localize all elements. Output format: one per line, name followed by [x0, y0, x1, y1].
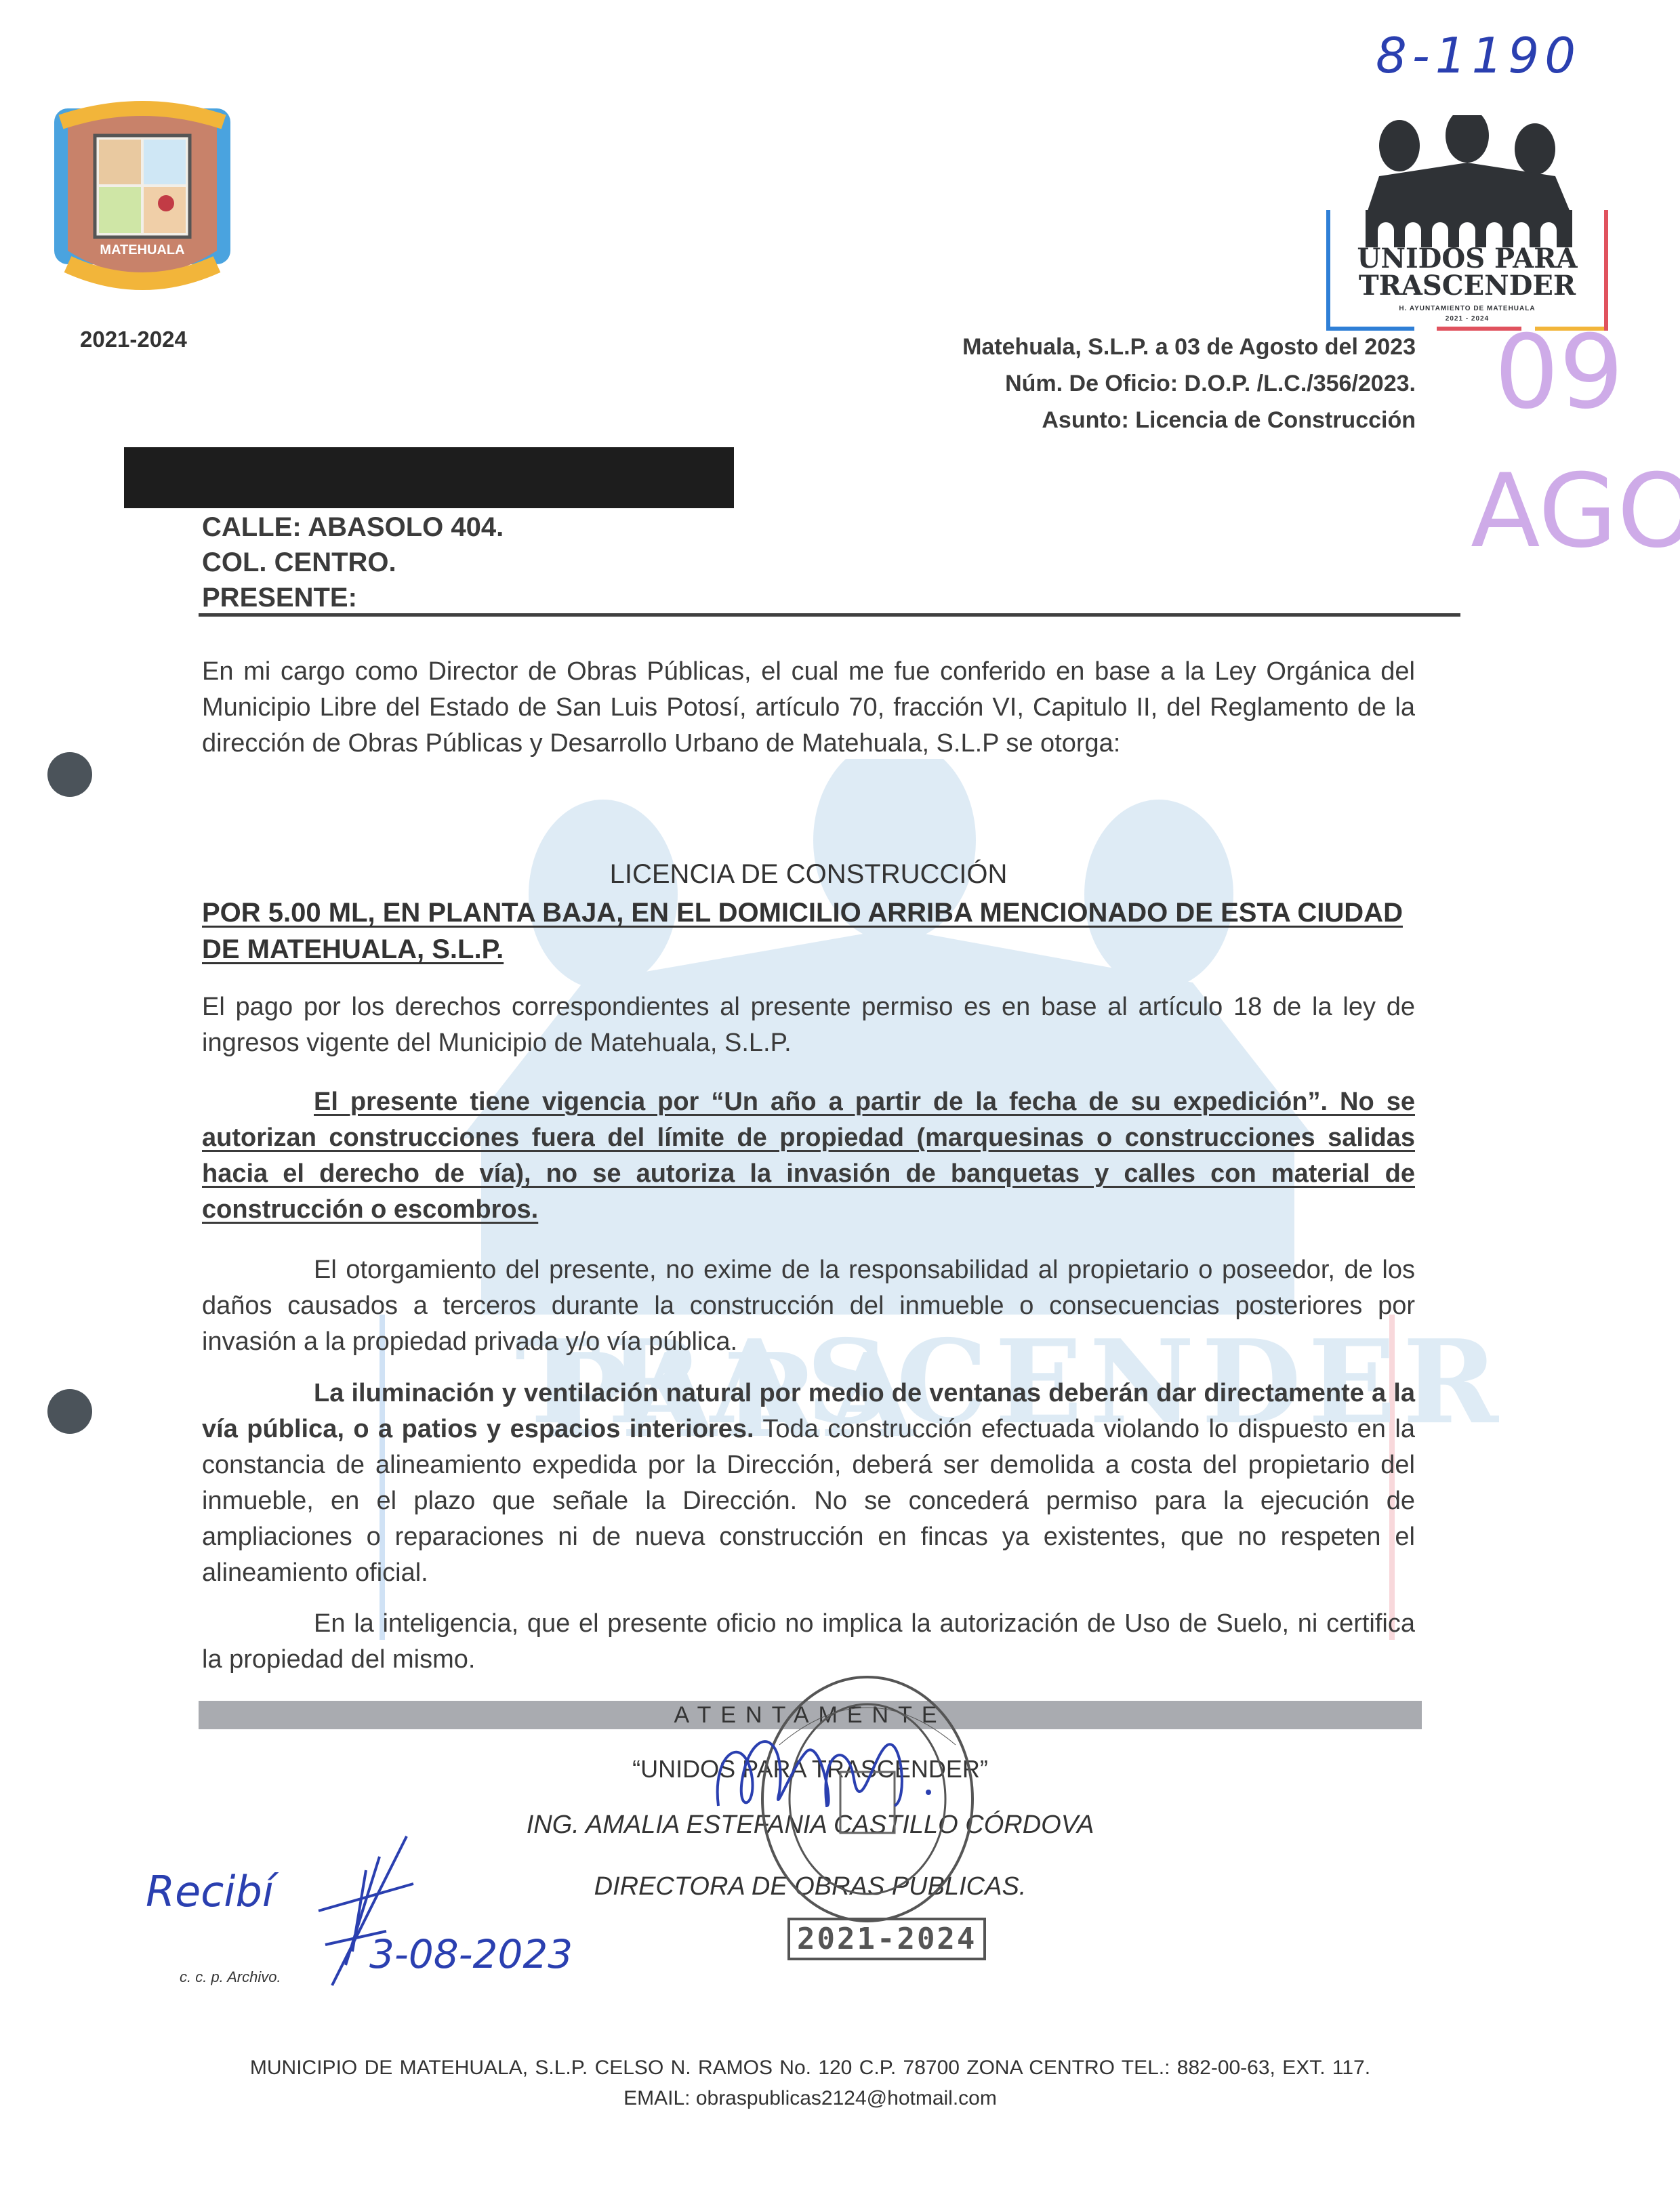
received-note: Recibí: [146, 1867, 274, 1916]
received-date: 3-08-2023: [369, 1931, 573, 1977]
intro-paragraph: En mi cargo como Director de Obras Públi…: [202, 654, 1415, 762]
municipal-crest: MATEHUALA: [47, 95, 237, 305]
footer-email: EMAIL: obraspublicas2124@hotmail.com: [199, 2087, 1422, 2110]
crest-name-text: MATEHUALA: [100, 243, 184, 257]
folio-number: 8-1190: [1376, 27, 1581, 84]
footer-address: MUNICIPIO DE MATEHUALA, S.L.P. CELSO N. …: [199, 2057, 1422, 2080]
logo-line-2: TRASCENDER: [1338, 272, 1596, 300]
subject-line: Asunto: Licencia de Construcción: [962, 402, 1416, 438]
recipient-street: CALLE: ABASOLO 404.: [202, 510, 504, 545]
ccp-archive: c. c. p. Archivo.: [180, 1968, 281, 1986]
signature-icon: [705, 1725, 935, 1826]
portraits-building-icon: [1338, 115, 1596, 251]
validity-paragraph: El presente tiene vigencia por “Un año a…: [202, 1084, 1415, 1228]
license-description: POR 5.00 ML, EN PLANTA BAJA, EN EL DOMIC…: [202, 894, 1415, 968]
hole-punch: [47, 1389, 92, 1434]
logo-line-1: UNIDOS PARA: [1338, 245, 1596, 272]
logo-border-red: [1604, 210, 1608, 331]
license-title: LICENCIA DE CONSTRUCCIÓN: [202, 859, 1415, 890]
crest-years: 2021-2024: [80, 327, 187, 352]
redacted-recipient-name: [124, 447, 734, 508]
oficio-number: Núm. De Oficio: D.O.P. /L.C./356/2023.: [962, 365, 1416, 402]
hole-punch: [47, 752, 92, 797]
recipient-block: CALLE: ABASOLO 404. COL. CENTRO. PRESENT…: [202, 510, 504, 615]
received-stamp-day: 09: [1494, 322, 1624, 424]
logo-border-blue: [1326, 210, 1330, 329]
payment-paragraph: El pago por los derechos correspondiente…: [202, 989, 1415, 1061]
seal-years: 2021-2024: [787, 1918, 986, 1960]
recipient-colony: COL. CENTRO.: [202, 545, 504, 580]
divider: [199, 613, 1460, 617]
received-stamp-month: AGO: [1471, 461, 1680, 562]
place-date: Matehuala, S.L.P. a 03 de Agosto del 202…: [962, 329, 1416, 365]
coat-of-arms-icon: MATEHUALA: [47, 95, 237, 305]
letter-header: Matehuala, S.L.P. a 03 de Agosto del 202…: [962, 329, 1416, 438]
liability-paragraph: El otorgamiento del presente, no exime d…: [202, 1252, 1415, 1360]
logo-subtitle: H. AYUNTAMIENTO DE MATEHUALA: [1338, 305, 1596, 312]
recipient-presente: PRESENTE:: [202, 580, 504, 615]
lighting-paragraph: La iluminación y ventilación natural por…: [202, 1376, 1415, 1591]
